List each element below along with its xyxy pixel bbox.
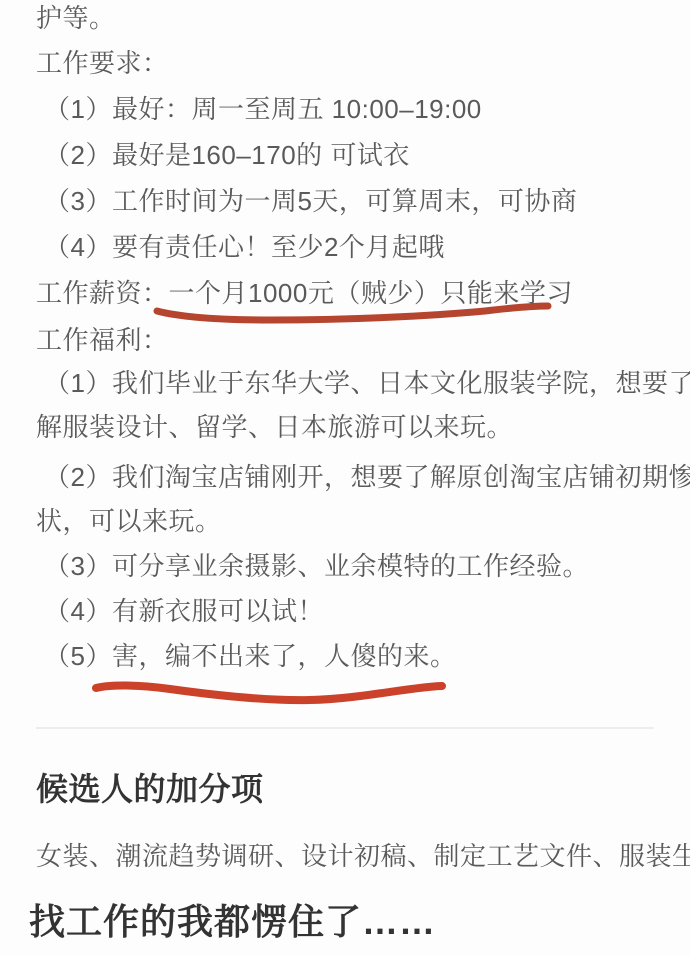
- bonus-section-heading: 候选人的加分项: [36, 770, 264, 808]
- benefit-line-2: （2）我们淘宝店铺刚开，想要了解原创淘宝店铺初期惨: [44, 462, 690, 492]
- benefit-line-1-wrap: 解服装设计、留学、日本旅游可以来玩。: [36, 412, 513, 442]
- punchline-red-underline-annotation: [88, 674, 456, 708]
- benefit-line-4: （4）有新衣服可以试！: [44, 596, 324, 626]
- requirement-item-1: （1）最好：周一至周五 10:00–19:00: [44, 94, 482, 124]
- reaction-heading: 找工作的我都愣住了……: [29, 901, 436, 943]
- bonus-skills-line: 女装、潮流趋势调研、设计初稿、制定工艺文件、服装生: [36, 841, 690, 871]
- requirement-item-4: （4）要有责任心！至少2个月起哦: [44, 232, 445, 262]
- section-divider: [36, 727, 654, 729]
- benefit-line-1: （1）我们毕业于东华大学、日本文化服装学院，想要了: [44, 368, 690, 398]
- benefit-line-2-wrap: 状，可以来玩。: [36, 506, 222, 536]
- benefit-line-5: （5）害，编不出来了，人傻的来。: [44, 641, 456, 671]
- requirements-heading: 工作要求：: [36, 48, 169, 78]
- paragraph-fragment: 护等。: [36, 3, 116, 33]
- underline-stroke: [157, 306, 548, 320]
- requirement-item-2: （2）最好是160–170的 可试衣: [44, 140, 410, 170]
- requirement-item-3: （3）工作时间为一周5天，可算周末，可协商: [44, 186, 577, 216]
- benefits-heading: 工作福利：: [36, 325, 169, 355]
- salary-red-underline-annotation: [150, 298, 560, 328]
- article-page: 护等。 工作要求： （1）最好：周一至周五 10:00–19:00 （2）最好是…: [0, 0, 690, 956]
- underline-stroke: [96, 686, 442, 701]
- benefit-line-3: （3）可分享业余摄影、业余模特的工作经验。: [44, 551, 589, 581]
